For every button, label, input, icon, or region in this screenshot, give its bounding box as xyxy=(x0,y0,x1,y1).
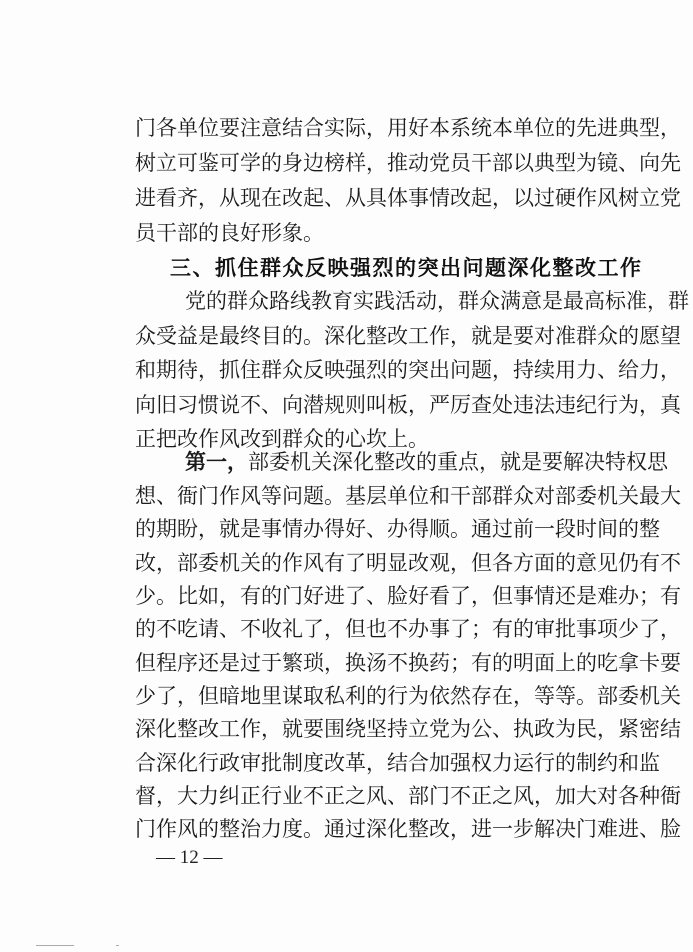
text-line: 但程序还是过于繁琐，换汤不换药；有的明面上的吃拿卡要 xyxy=(135,648,632,678)
scan-artifact-line xyxy=(36,945,74,946)
text-line: 督，大力纠正行业不正之风、部门不正之风，加大对各种衙 xyxy=(135,781,632,811)
text-span: 部委机关深化整改的重点，就是要解决特权思 xyxy=(248,450,668,474)
text-line: 门各单位要注意结合实际，用好本系统本单位的先进典型， xyxy=(135,113,632,143)
document-page: 门各单位要注意结合实际，用好本系统本单位的先进典型， 树立可鉴可学的身边榜样，推… xyxy=(0,0,693,952)
text-line: 合深化行政审批制度改革，结合加强权力运行的制约和监 xyxy=(135,748,632,778)
text-line: 众受益是最终目的。深化整改工作，就是要对准群众的愿望 xyxy=(135,321,632,351)
text-line: 少了，但暗地里谋取私利的行为依然存在，等等。部委机关 xyxy=(135,681,632,711)
scan-artifact-dot xyxy=(116,945,119,946)
page-number: — 12 — xyxy=(156,847,223,869)
text-line: 员干部的良好形象。 xyxy=(135,218,632,248)
text-line: 深化整改工作，就要围绕坚持立党为公、执政为民，紧密结 xyxy=(135,714,632,744)
text-line: 门作风的整治力度。通过深化整改，进一步解决门难进、脸 xyxy=(135,814,632,844)
text-line: 进看齐，从现在改起、从具体事情改起，以过硬作风树立党 xyxy=(135,183,632,213)
text-line: 的不吃请、不收礼了，但也不办事了；有的审批事项少了， xyxy=(135,614,632,644)
text-line: 想、衙门作风等问题。基层单位和干部群众对部委机关最大 xyxy=(135,481,632,511)
text-line: 的期盼，就是事情办得好、办得顺。通过前一段时间的整 xyxy=(135,514,632,544)
section-heading: 三、抓住群众反映强烈的突出问题深化整改工作 xyxy=(170,253,643,283)
text-line: 党的群众路线教育实践活动，群众满意是最高标准，群 xyxy=(185,286,632,316)
text-line: 少。比如，有的门好进了、脸好看了，但事情还是难办；有 xyxy=(135,581,632,611)
text-line: 向旧习惯说不、向潜规则叫板，严厉查处违法违纪行为，真 xyxy=(135,390,632,420)
text-line: 和期待，抓住群众反映强烈的突出问题，持续用力、给力， xyxy=(135,355,632,385)
paragraph-lead: 第一， xyxy=(185,450,248,474)
text-line: 树立可鉴可学的身边榜样，推动党员干部以典型为镜、向先 xyxy=(135,148,632,178)
paragraph-first-line: 第一，部委机关深化整改的重点，就是要解决特权思 xyxy=(185,447,632,477)
text-line: 改，部委机关的作风有了明显改观，但各方面的意见仍有不 xyxy=(135,548,632,578)
